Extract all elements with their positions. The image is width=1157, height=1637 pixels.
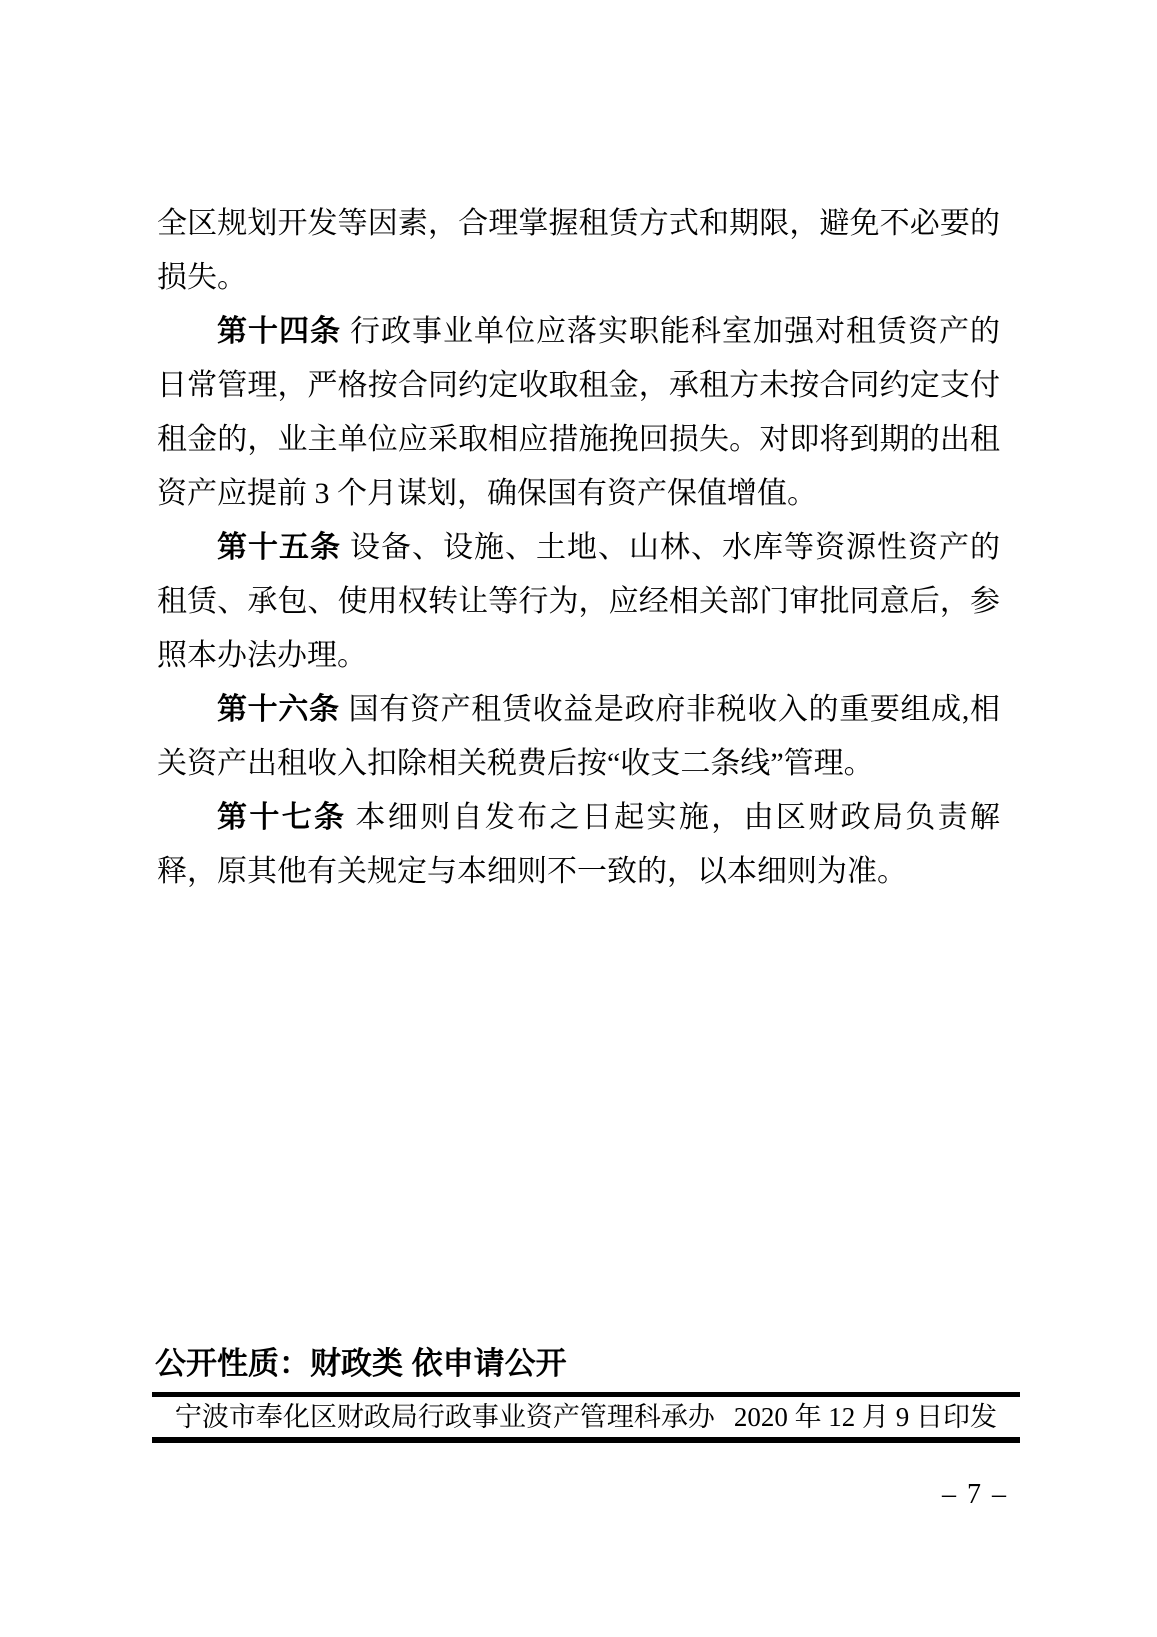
paragraph-article-15: 第十五条设备、设施、土地、山林、水库等资源性资产的租赁、承包、使用权转让等行为，… <box>157 521 1000 683</box>
document-body: 全区规划开发等因素，合理掌握租赁方式和期限，避免不必要的损失。 第十四条行政事业… <box>157 197 1000 899</box>
footer-rule-bottom <box>152 1437 1020 1443</box>
paragraph-article-17: 第十七条本细则自发布之日起实施，由区财政局负责解释，原其他有关规定与本细则不一致… <box>157 791 1000 899</box>
article-number-label: 第十五条 <box>217 531 341 564</box>
article-number-label: 第十七条 <box>217 801 346 834</box>
imprint-date: 2020 年 12 月 9 日印发 <box>734 1402 997 1432</box>
paragraph-continuation: 全区规划开发等因素，合理掌握租赁方式和期限，避免不必要的损失。 <box>157 197 1000 305</box>
paragraph-text: 全区规划开发等因素，合理掌握租赁方式和期限，避免不必要的损失。 <box>157 207 1000 294</box>
footer-rule-top <box>152 1392 1020 1397</box>
article-number-label: 第十六条 <box>217 693 340 726</box>
paragraph-article-14: 第十四条行政事业单位应落实职能科室加强对租赁资产的日常管理，严格按合同约定收取租… <box>157 305 1000 521</box>
imprint-office: 宁波市奉化区财政局行政事业资产管理科承办 <box>175 1402 715 1432</box>
paragraph-article-16: 第十六条国有资产租赁收益是政府非税收入的重要组成,相关资产出租收入扣除相关税费后… <box>157 683 1000 791</box>
publicity-nature-line: 公开性质：财政类 依申请公开 <box>155 1342 1015 1386</box>
page-number: – 7 – <box>920 1479 1030 1511</box>
article-number-label: 第十四条 <box>217 315 341 348</box>
document-page: 全区规划开发等因素，合理掌握租赁方式和期限，避免不必要的损失。 第十四条行政事业… <box>0 0 1157 1637</box>
imprint-line: 宁波市奉化区财政局行政事业资产管理科承办2020 年 12 月 9 日印发 <box>152 1399 1020 1435</box>
